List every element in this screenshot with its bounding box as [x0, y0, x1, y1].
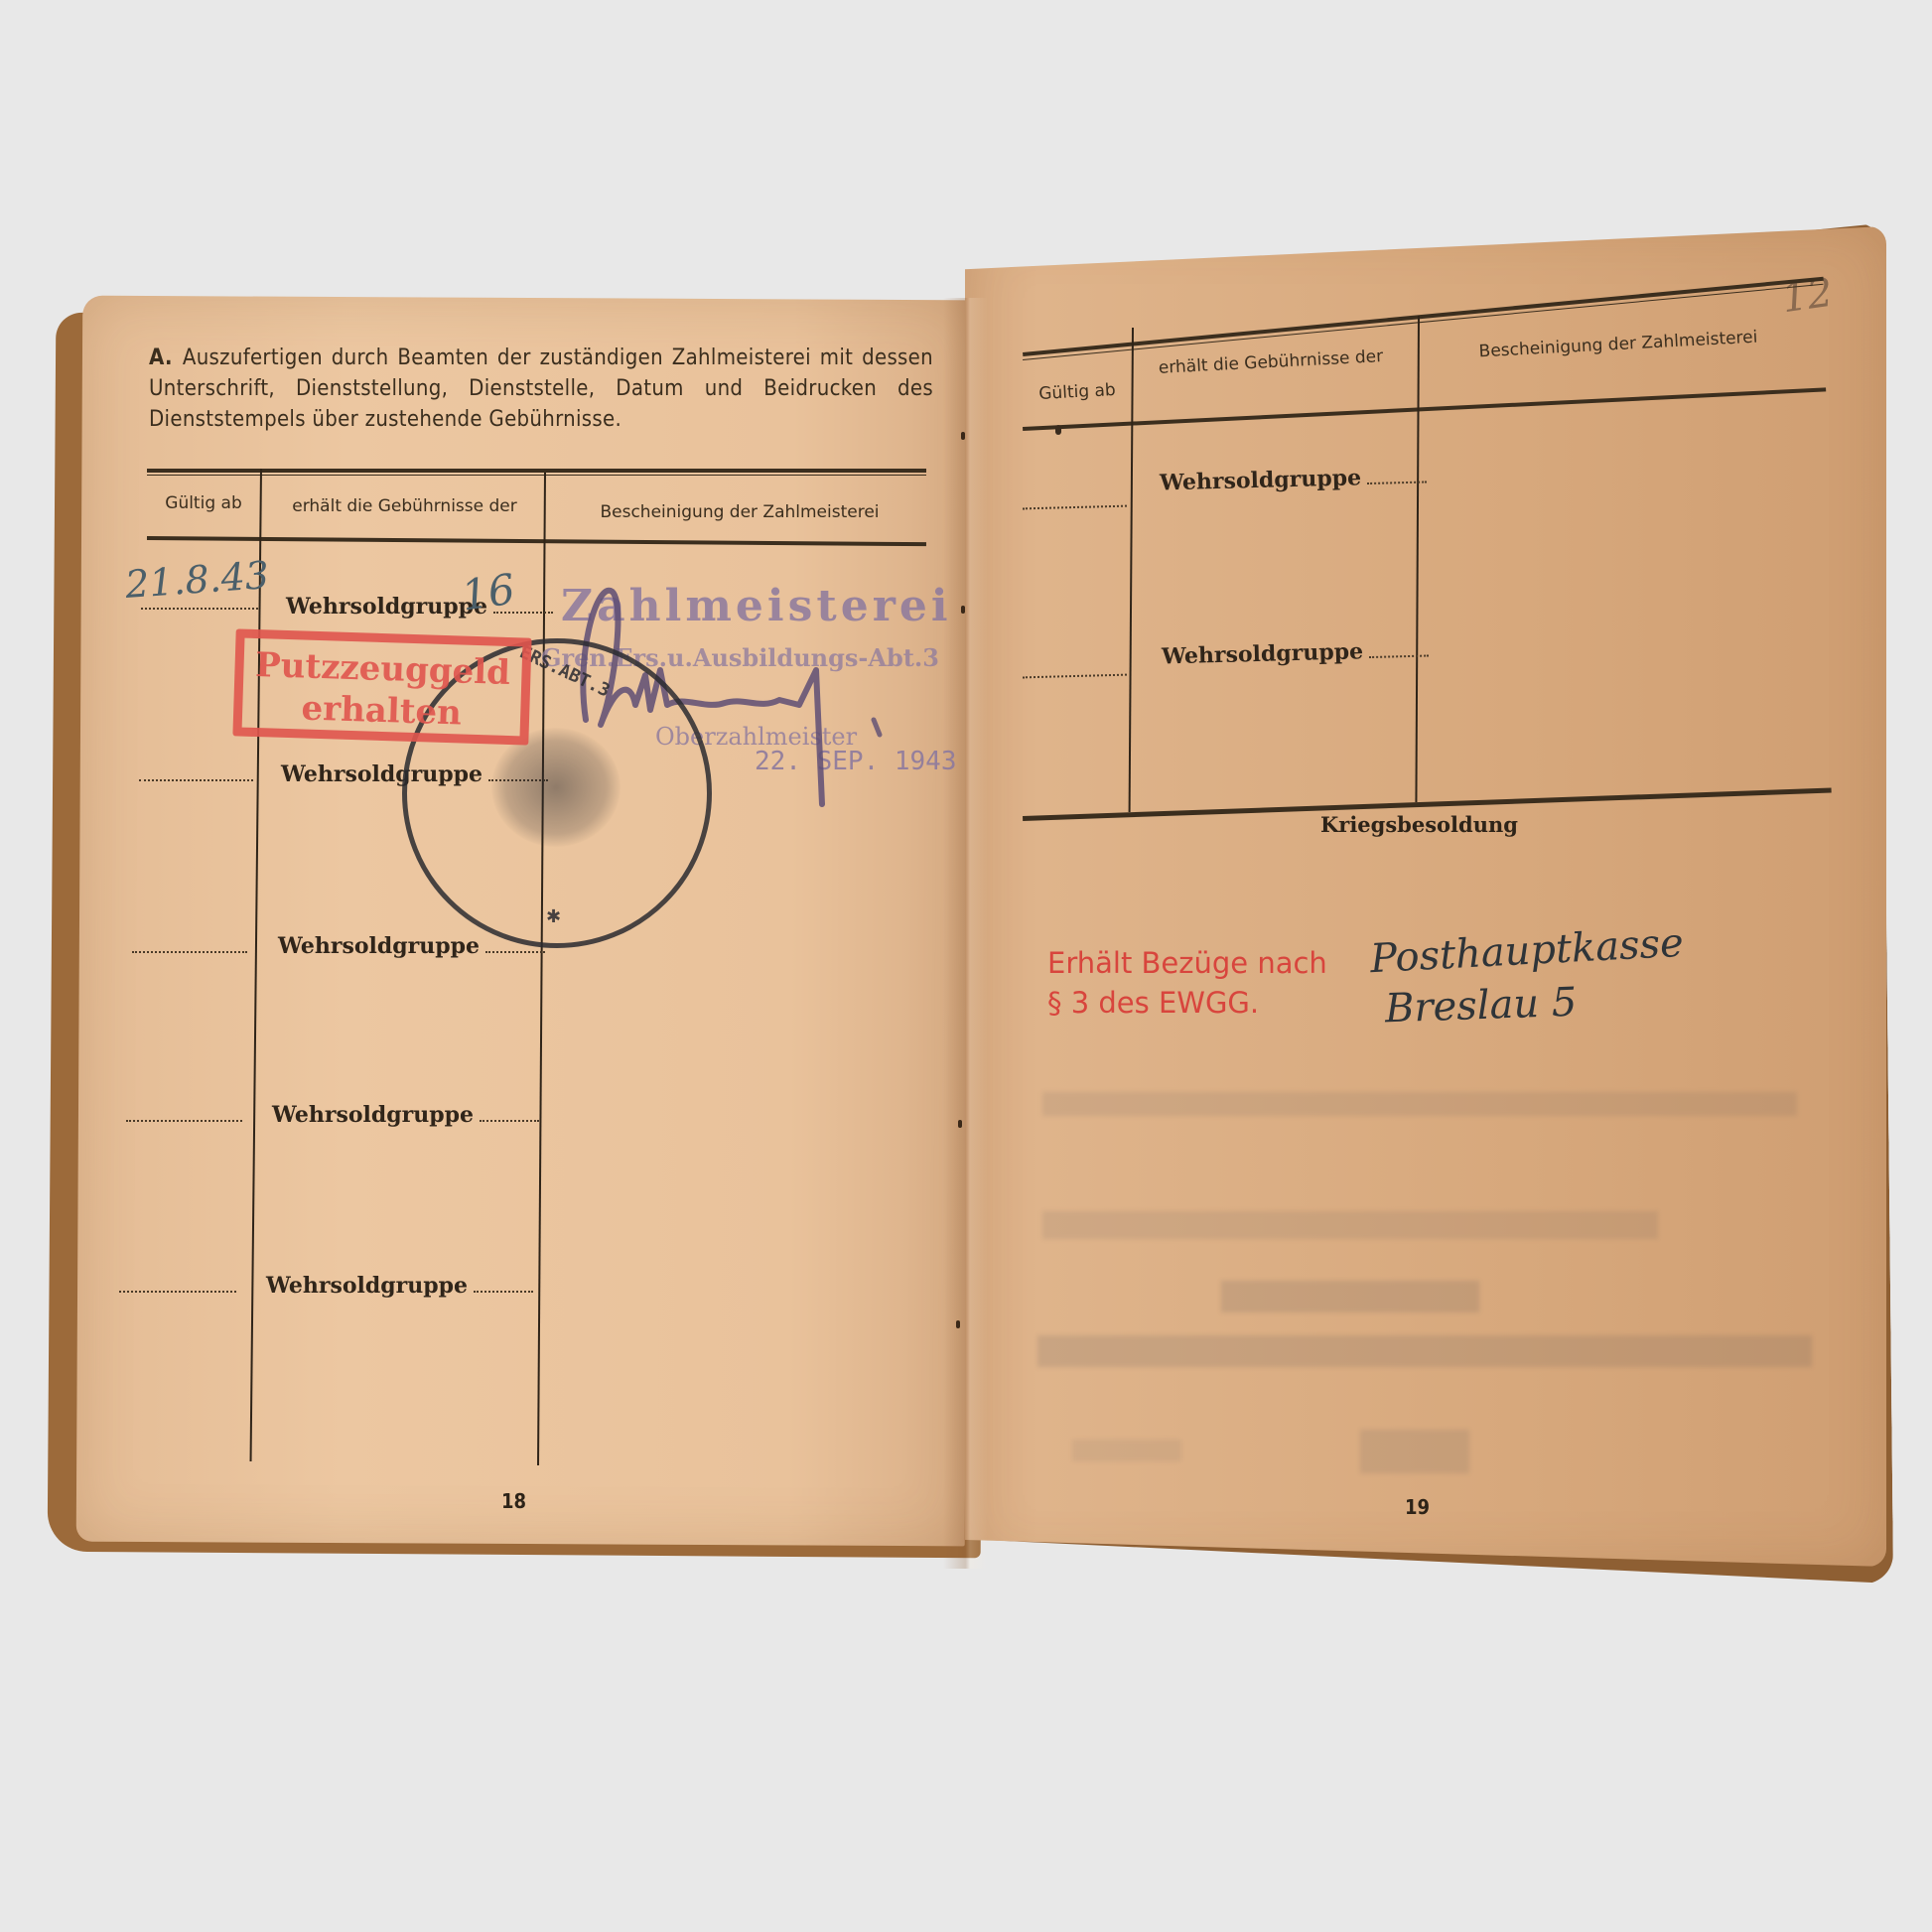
valid-from-line	[126, 1120, 242, 1122]
red-note-line1: Erhält Bezüge nach	[1047, 943, 1327, 983]
spine-fold	[943, 298, 988, 1569]
page-number-left: 18	[501, 1489, 526, 1513]
valid-from-line	[119, 1291, 236, 1293]
staple-hole	[961, 432, 965, 440]
instruction-text: Auszufertigen durch Beamten der zuständi…	[149, 345, 933, 432]
page-number-right: 19	[1405, 1495, 1430, 1519]
ink-mark	[1055, 425, 1061, 435]
row-label: Wehrsoldgruppe	[266, 1273, 533, 1299]
instruction-paragraph: A.Auszufertigen durch Beamten der zustän…	[149, 343, 933, 435]
column-header-valid-from: Gültig ab	[149, 493, 258, 513]
valid-from-line	[141, 608, 258, 610]
red-box-stamp: Putzzeuggeld erhalten	[232, 628, 531, 745]
valid-from-line	[139, 779, 253, 781]
red-printed-note: Erhält Bezüge nach § 3 des EWGG.	[1047, 943, 1327, 1023]
red-stamp-line2: erhalten	[242, 686, 521, 737]
open-booklet: A.Auszufertigen durch Beamten der zustän…	[0, 0, 1932, 1932]
table-top-rule	[147, 469, 926, 473]
show-through-text	[1221, 1281, 1479, 1312]
red-stamp-line1: Putzzeuggeld	[243, 644, 522, 695]
column-header-entitlement: erhält die Gebührnisse der	[268, 496, 541, 516]
star-icon: ✱	[546, 906, 561, 927]
staple-hole	[958, 1120, 962, 1128]
column-header-certification: Bescheinigung der Zahlmeisterei	[551, 502, 928, 522]
show-through-text	[1037, 1335, 1812, 1367]
section-label-war-pay: Kriegsbesoldung	[1320, 812, 1518, 837]
show-through-text	[1042, 1092, 1797, 1116]
staple-hole	[956, 1320, 960, 1328]
red-note-line2: § 3 des EWGG.	[1047, 983, 1327, 1023]
show-through-text	[1042, 1211, 1658, 1239]
row-label: Wehrsoldgruppe	[272, 1102, 539, 1128]
table-top-rule-thin	[147, 475, 926, 476]
staple-hole	[961, 606, 965, 614]
show-through-text	[1360, 1430, 1469, 1473]
valid-from-line	[132, 951, 247, 953]
handwritten-pay-office-city: Breslau 5	[1384, 980, 1578, 1033]
show-through-text	[1072, 1440, 1181, 1461]
eagle-emblem-icon	[491, 728, 621, 847]
section-label: A.	[149, 345, 173, 370]
handwritten-pay-group: 16	[459, 565, 518, 621]
